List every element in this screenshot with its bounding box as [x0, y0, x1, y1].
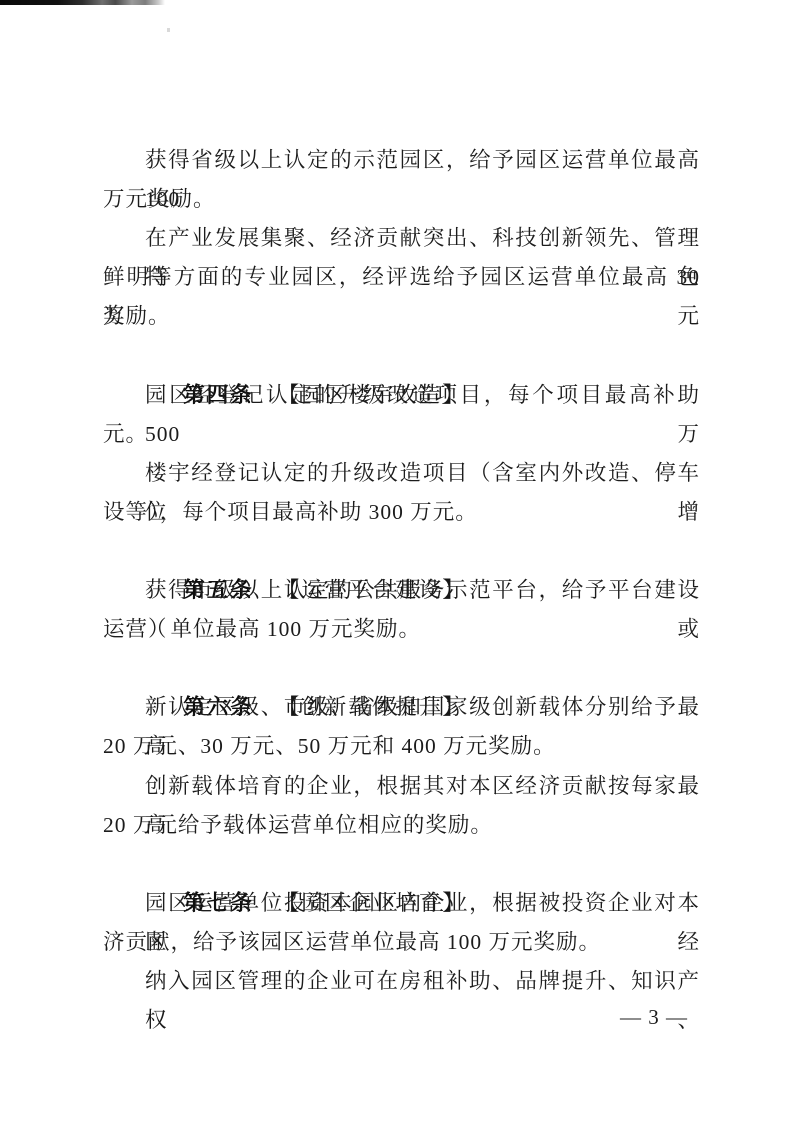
article-heading-5: 第五条【运营平台建设】 — [103, 532, 700, 571]
document-line: 获得市级以上认定的公共服务示范平台，给予平台建设（或 — [103, 571, 700, 610]
document-line: 万元奖励。 — [103, 180, 700, 219]
article-heading-4: 第四条【园区楼宇改造】 — [103, 336, 700, 375]
document-line: 20 万元给予载体运营单位相应的奖励。 — [103, 806, 700, 845]
document-line: 新认定区级、市级、省级和国家级创新载体分别给予最高 — [103, 688, 700, 727]
page-number: — 3 — — [620, 1002, 688, 1032]
document-line: 纳入园区管理的企业可在房租补助、品牌提升、知识产权、 — [103, 962, 700, 1001]
document-line: 园区运营单位投资本园区内企业，根据被投资企业对本区经 — [103, 884, 700, 923]
document-body: 获得省级以上认定的示范园区，给予园区运营单位最高 100 万元奖励。 在产业发展… — [103, 141, 700, 1001]
article-heading-6: 第六条【创新载体提升】 — [103, 649, 700, 688]
document-line: 楼宇经登记认定的升级改造项目（含室内外改造、停车位增 — [103, 454, 700, 493]
document-line: 在产业发展集聚、经济贡献突出、科技创新领先、管理特色 — [103, 219, 700, 258]
scan-artifact-streak — [0, 0, 165, 5]
document-line: 创新载体培育的企业，根据其对本区经济贡献按每家最高 — [103, 767, 700, 806]
article-heading-7: 第七条【园区企业培育】 — [103, 845, 700, 884]
scan-artifact-dot — [167, 28, 170, 32]
document-line: 获得省级以上认定的示范园区，给予园区运营单位最高 100 — [103, 141, 700, 180]
document-page: 获得省级以上认定的示范园区，给予园区运营单位最高 100 万元奖励。 在产业发展… — [0, 0, 800, 1124]
document-line: 园区经登记认定的升级改造项目，每个项目最高补助 500 万 — [103, 376, 700, 415]
document-line: 20 万元、30 万元、50 万元和 400 万元奖励。 — [103, 727, 700, 766]
document-line: 鲜明等方面的专业园区，经评选给予园区运营单位最高 30 万元 — [103, 258, 700, 297]
